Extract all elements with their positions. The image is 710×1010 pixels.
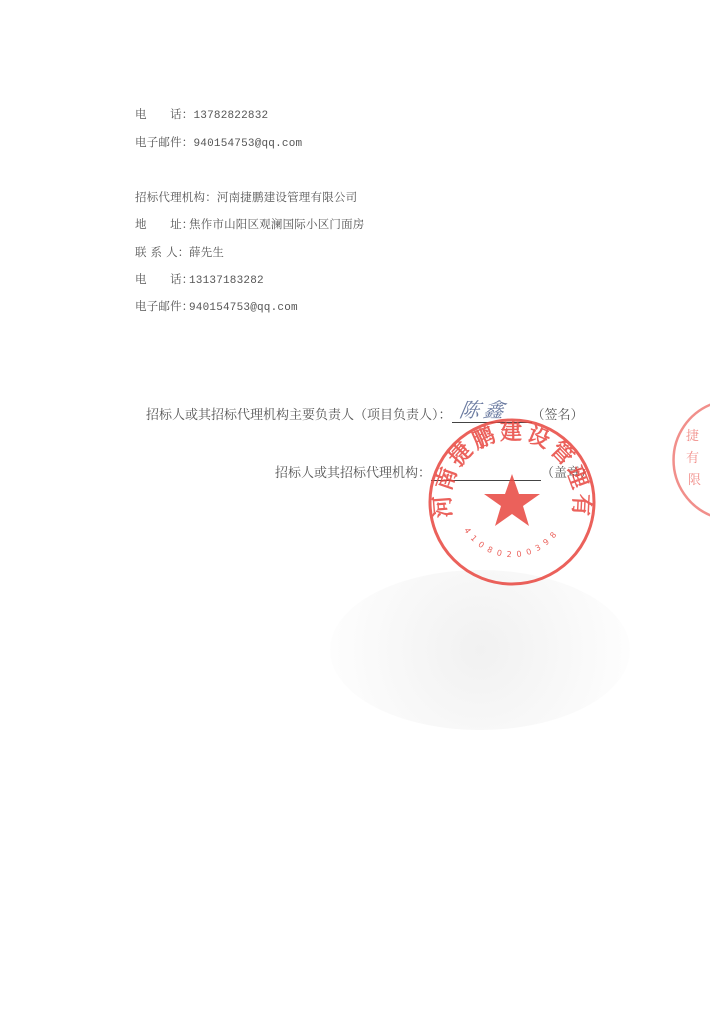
scan-smudge	[330, 570, 630, 730]
address-value: 焦作市山阳区观澜国际小区门面房	[189, 217, 365, 231]
contact-value: 薛先生	[189, 245, 224, 259]
agency-label: 招标代理机构：	[135, 189, 217, 205]
company-seal: 河南捷鹏建设管理有限公司 4108020039831	[422, 412, 602, 592]
email-value: 940154753@qq.com	[189, 302, 298, 314]
org-label: 招标人或其招标代理机构：	[275, 466, 431, 481]
phone-label: 电 话：	[135, 106, 194, 122]
phone-value: 13782822832	[194, 110, 269, 122]
svg-text:有: 有	[686, 451, 699, 466]
tenderer-phone-row: 电 话：13782822832	[135, 106, 268, 122]
agency-phone-row: 电 话：13137183282	[135, 271, 264, 287]
email-value: 940154753@qq.com	[194, 138, 303, 150]
agency-name: 河南捷鹏建设管理有限公司	[217, 190, 357, 204]
edge-seal-partial: 捷 有 限	[672, 400, 710, 520]
responsible-label: 招标人或其招标代理机构主要负责人（项目负责人）：	[146, 408, 452, 423]
agency-contact-row: 联 系 人：薛先生	[135, 244, 224, 260]
tenderer-email-row: 电子邮件：940154753@qq.com	[135, 134, 302, 150]
phone-value: 13137183282	[189, 275, 264, 287]
star-icon	[484, 474, 540, 526]
contact-label: 联 系 人：	[135, 244, 189, 260]
agency-email-row: 电子邮件：940154753@qq.com	[135, 298, 298, 314]
svg-text:限: 限	[688, 473, 701, 488]
phone-label: 电 话：	[135, 271, 189, 287]
svg-text:捷: 捷	[686, 428, 699, 444]
agency-address-row: 地 址：焦作市山阳区观澜国际小区门面房	[135, 216, 365, 232]
address-label: 地 址：	[135, 216, 189, 232]
email-label: 电子邮件：	[135, 298, 189, 314]
agency-name-row: 招标代理机构：河南捷鹏建设管理有限公司	[135, 189, 357, 205]
email-label: 电子邮件：	[135, 134, 194, 150]
